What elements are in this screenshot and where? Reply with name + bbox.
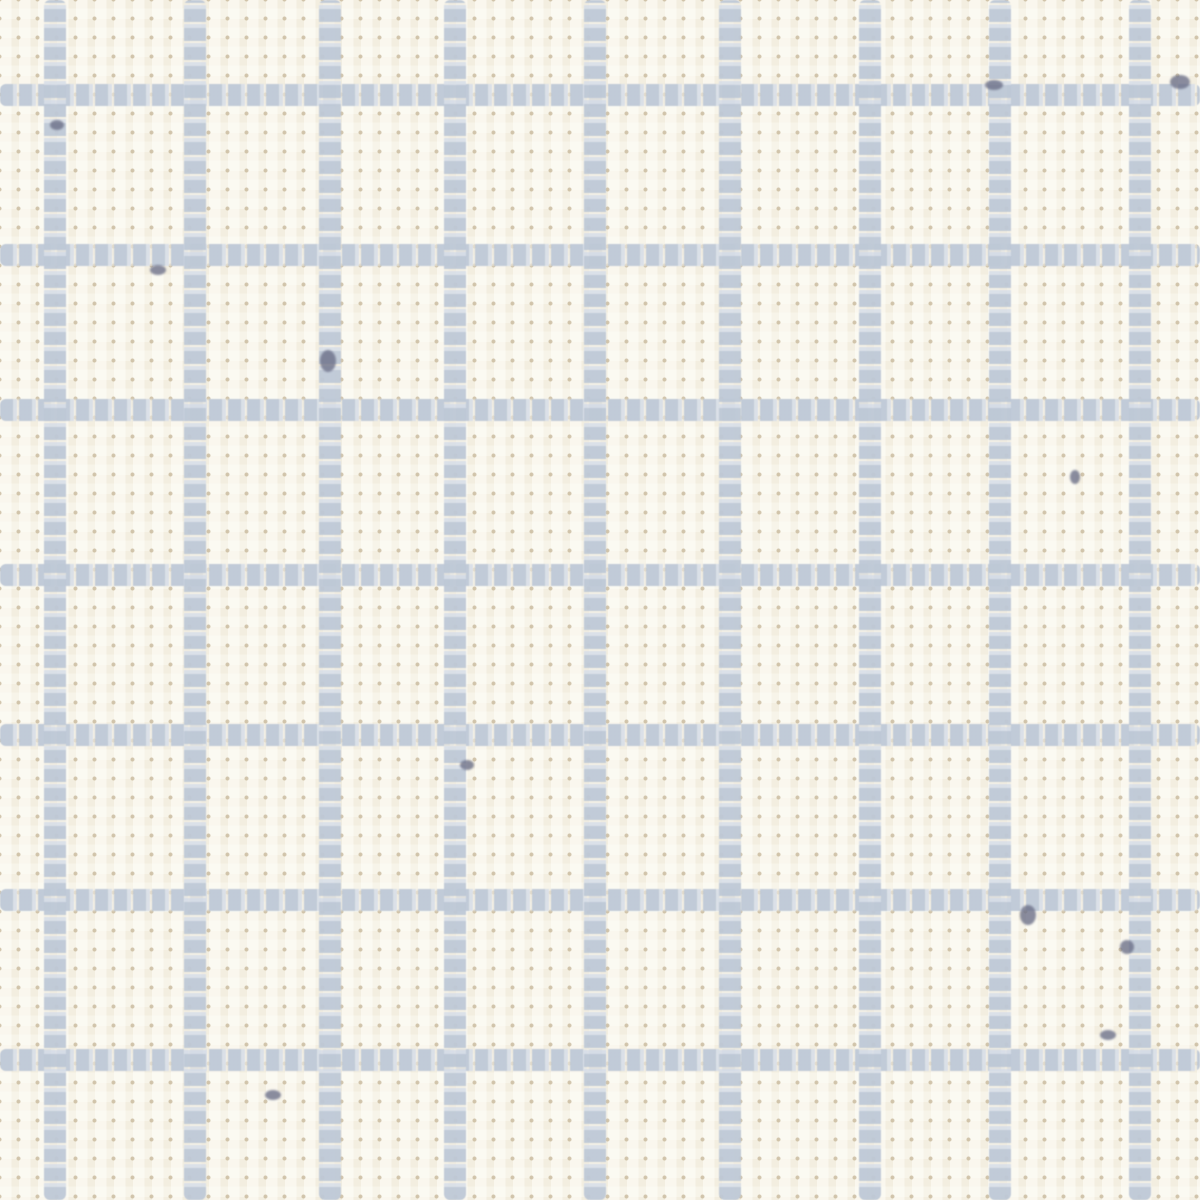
dark-yarn-fleck [150, 265, 166, 275]
check-line-horizontal [0, 399, 1200, 421]
dark-yarn-fleck [1170, 75, 1190, 89]
check-line-horizontal [0, 1049, 1200, 1071]
check-line-horizontal [0, 724, 1200, 746]
check-line-vertical [584, 0, 606, 1200]
check-line-vertical [1129, 0, 1151, 1200]
dark-yarn-fleck [1100, 1030, 1116, 1040]
dark-yarn-fleck [1070, 470, 1080, 484]
woven-fabric-texture [0, 0, 1200, 1200]
dark-yarn-fleck [320, 350, 336, 372]
check-line-vertical [719, 0, 741, 1200]
check-line-vertical [444, 0, 466, 1200]
check-line-vertical [989, 0, 1011, 1200]
check-line-horizontal [0, 84, 1200, 106]
check-line-horizontal [0, 889, 1200, 911]
dark-yarn-fleck [1020, 905, 1036, 925]
check-line-horizontal [0, 564, 1200, 586]
dark-yarn-fleck [985, 80, 1003, 90]
check-line-horizontal [0, 244, 1200, 266]
dark-yarn-fleck [1120, 940, 1134, 954]
check-line-vertical [184, 0, 206, 1200]
check-line-vertical [44, 0, 66, 1200]
dark-yarn-fleck [50, 120, 64, 130]
dark-yarn-fleck [460, 760, 474, 770]
check-line-vertical [859, 0, 881, 1200]
check-line-vertical [319, 0, 341, 1200]
dark-yarn-fleck [265, 1090, 281, 1100]
